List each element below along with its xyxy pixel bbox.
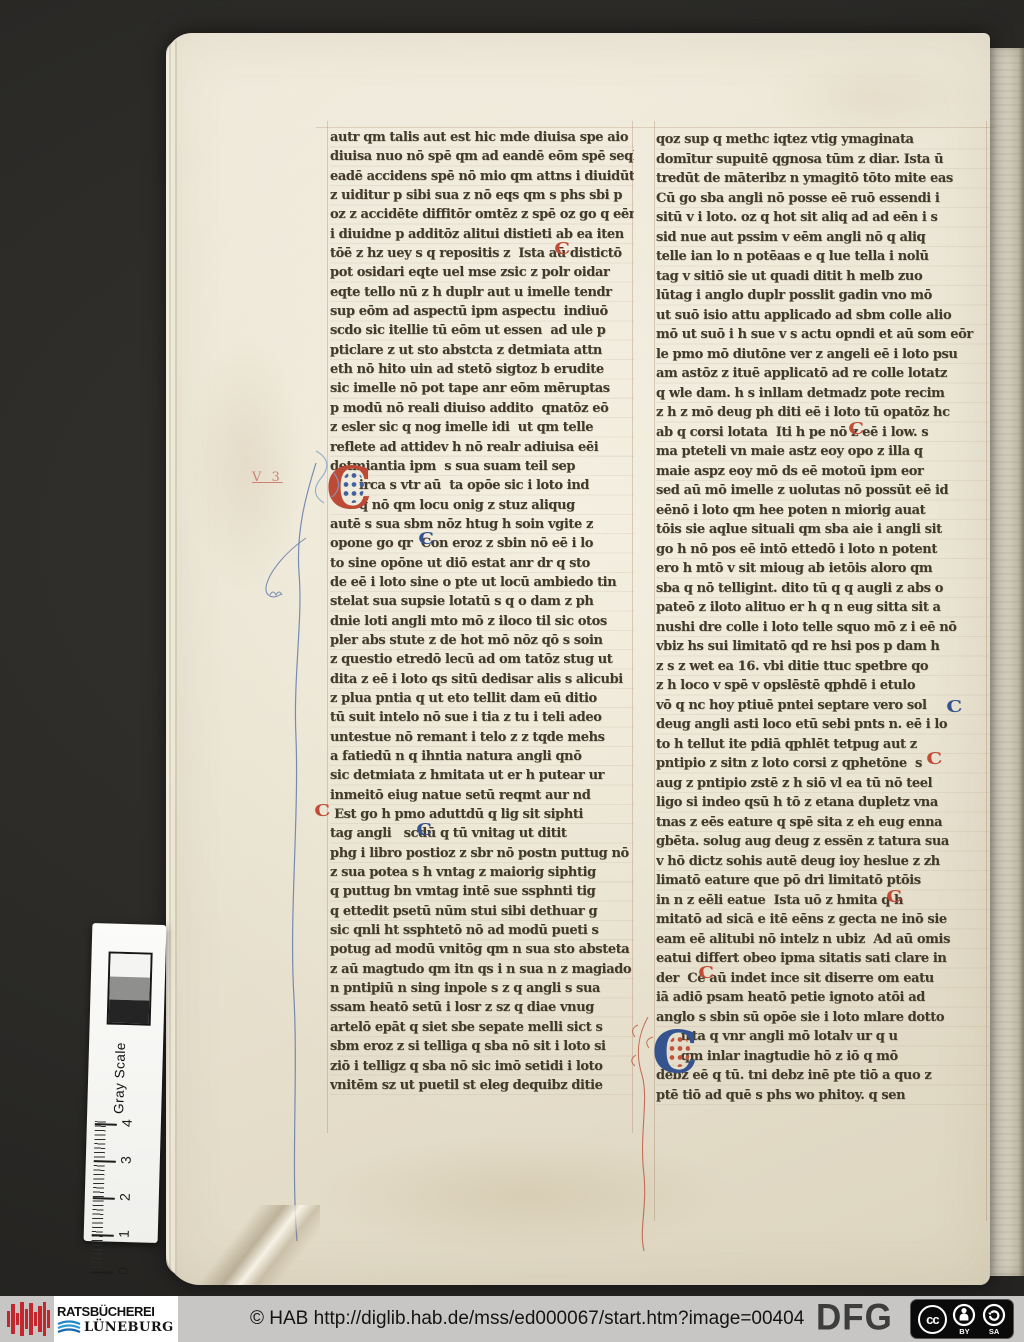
- gray-scale-label: Gray Scale: [111, 1028, 139, 1115]
- tick-label-4: 4: [119, 1119, 135, 1127]
- tick-label-0: 0: [115, 1267, 131, 1275]
- capitulum-mark: C: [416, 820, 434, 840]
- capitulum-mark: C: [848, 419, 866, 439]
- ruling-line: [327, 121, 328, 1133]
- manuscript-page: autr qm talis aut est hic mde diuisa spe…: [166, 33, 990, 1285]
- swatch-black: [109, 1000, 150, 1024]
- cc-license-badge: cc BY SA: [910, 1299, 1014, 1339]
- capitulum-mark: C: [698, 963, 716, 983]
- capitulum-mark: C: [946, 697, 964, 717]
- gray-scale-swatches: [107, 951, 153, 1025]
- red-flourish: [638, 1017, 648, 1251]
- footer-bar: RATSBÜCHEREI LÜNEBURG © HAB http://digli…: [0, 1296, 1024, 1342]
- copyright-url: © HAB http://diglib.hab.de/mss/ed000067/…: [250, 1296, 804, 1342]
- dfg-logo: DFG: [816, 1297, 893, 1339]
- tick-label-3: 3: [118, 1156, 134, 1164]
- parchment-stain: [316, 1135, 736, 1255]
- tick-label-1: 1: [116, 1230, 132, 1238]
- swatch-gray: [109, 977, 150, 1001]
- capitulum-mark: C: [418, 529, 436, 549]
- penwork-ornament: [342, 471, 364, 503]
- illuminated-initial-left: C: [326, 459, 372, 517]
- tick-label-2: 2: [117, 1193, 133, 1201]
- book-icon: [57, 1320, 81, 1335]
- capitulum-mark: C: [554, 239, 572, 259]
- blue-flourish: [293, 463, 316, 1241]
- blue-flourish-hook: [266, 538, 306, 597]
- illuminated-initial-right: C: [652, 1023, 698, 1081]
- cc-by-icon: [952, 1303, 976, 1327]
- library-name: RATSBÜCHEREI: [57, 1304, 178, 1319]
- swatch-white: [110, 954, 151, 978]
- parchment-stain: [186, 333, 306, 593]
- left-text-column: autr qm talis aut est hic mde diuisa spe…: [330, 128, 634, 1100]
- cc-sa-label: SA: [989, 1328, 999, 1336]
- library-city: LÜNEBURG: [84, 1320, 174, 1335]
- margin-note: V 3: [252, 470, 283, 485]
- red-flourish-curls: [632, 1025, 653, 1066]
- cc-sa-icon: [982, 1303, 1006, 1327]
- gray-scale-ruler: 4 3 2 1 0: [91, 1119, 153, 1281]
- gray-scale-card: Gray Scale 4 3 2 1 0: [84, 923, 167, 1243]
- cc-by-label: BY: [959, 1328, 969, 1336]
- capitulum-mark: C: [314, 801, 332, 821]
- next-page-edge: [988, 48, 1024, 1276]
- cc-icon: cc: [918, 1305, 947, 1334]
- capitulum-mark: C: [886, 887, 904, 907]
- library-bars-icon: [6, 1300, 50, 1338]
- penwork-ornament: [668, 1035, 690, 1067]
- ratsbuecherei-logo: RATSBÜCHEREI LÜNEBURG: [54, 1296, 178, 1342]
- capitulum-mark: C: [926, 749, 944, 769]
